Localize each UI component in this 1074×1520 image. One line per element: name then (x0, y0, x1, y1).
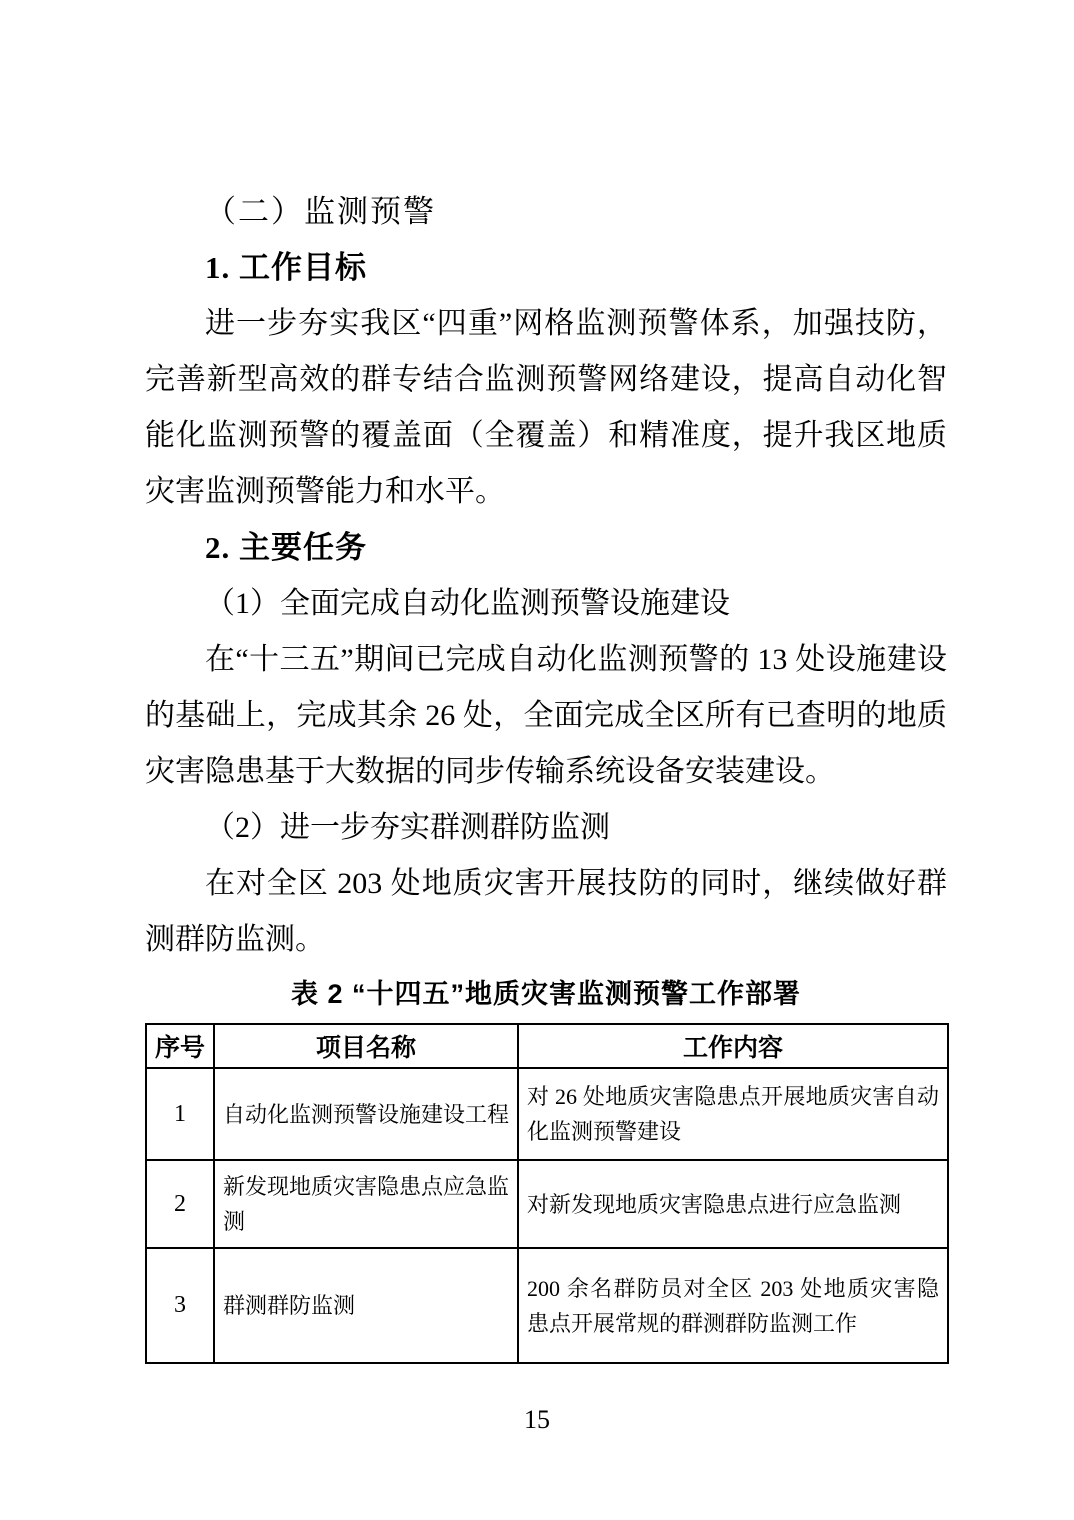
subsection-2-title: 2. 主要任务 (145, 520, 947, 576)
task-item-1-title: （1）全面完成自动化监测预警设施建设 (145, 576, 947, 632)
task-item-2-paragraph: 在对全区 203 处地质灾害开展技防的同时，继续做好群测群防监测。 (145, 856, 947, 968)
row-3-work-content: 200 余名群防员对全区 203 处地质灾害隐患点开展常规的群测群防监测工作 (518, 1248, 948, 1363)
row-1-work-content: 对 26 处地质灾害隐患点开展地质灾害自动化监测预警建设 (518, 1068, 948, 1160)
page-number: 15 (0, 1400, 1074, 1440)
row-1-no: 1 (146, 1068, 214, 1160)
section-heading: （二）监测预警 (145, 184, 947, 240)
row-1-project-name: 自动化监测预警设施建设工程 (214, 1068, 518, 1160)
row-2-work-content: 对新发现地质灾害隐患点进行应急监测 (518, 1160, 948, 1248)
table-caption: 表 2 “十四五”地质灾害监测预警工作部署 (145, 974, 947, 1014)
task-item-1-paragraph: 在“十三五”期间已完成自动化监测预警的 13 处设施建设的基础上，完成其余 26… (145, 632, 947, 800)
document-content: （二）监测预警 1. 工作目标 进一步夯实我区“四重”网格监测预警体系，加强技防… (145, 184, 947, 1364)
subsection-1-title: 1. 工作目标 (145, 240, 947, 296)
row-3-no: 3 (146, 1248, 214, 1363)
table-row: 2 新发现地质灾害隐患点应急监测 对新发现地质灾害隐患点进行应急监测 (146, 1160, 948, 1248)
table-row: 3 群测群防监测 200 余名群防员对全区 203 处地质灾害隐患点开展常规的群… (146, 1248, 948, 1363)
subsection-1-paragraph: 进一步夯实我区“四重”网格监测预警体系，加强技防，完善新型高效的群专结合监测预警… (145, 296, 947, 520)
table-header-row: 序号 项目名称 工作内容 (146, 1024, 948, 1068)
task-item-2-title: （2）进一步夯实群测群防监测 (145, 800, 947, 856)
table-row: 1 自动化监测预警设施建设工程 对 26 处地质灾害隐患点开展地质灾害自动化监测… (146, 1068, 948, 1160)
row-3-project-name: 群测群防监测 (214, 1248, 518, 1363)
document-page: （二）监测预警 1. 工作目标 进一步夯实我区“四重”网格监测预警体系，加强技防… (0, 0, 1074, 1520)
deployment-table: 序号 项目名称 工作内容 1 自动化监测预警设施建设工程 对 26 处地质灾害隐… (145, 1023, 949, 1364)
row-2-project-name: 新发现地质灾害隐患点应急监测 (214, 1160, 518, 1248)
row-2-no: 2 (146, 1160, 214, 1248)
table-header-work: 工作内容 (518, 1024, 948, 1068)
table-header-name: 项目名称 (214, 1024, 518, 1068)
table-header-no: 序号 (146, 1024, 214, 1068)
